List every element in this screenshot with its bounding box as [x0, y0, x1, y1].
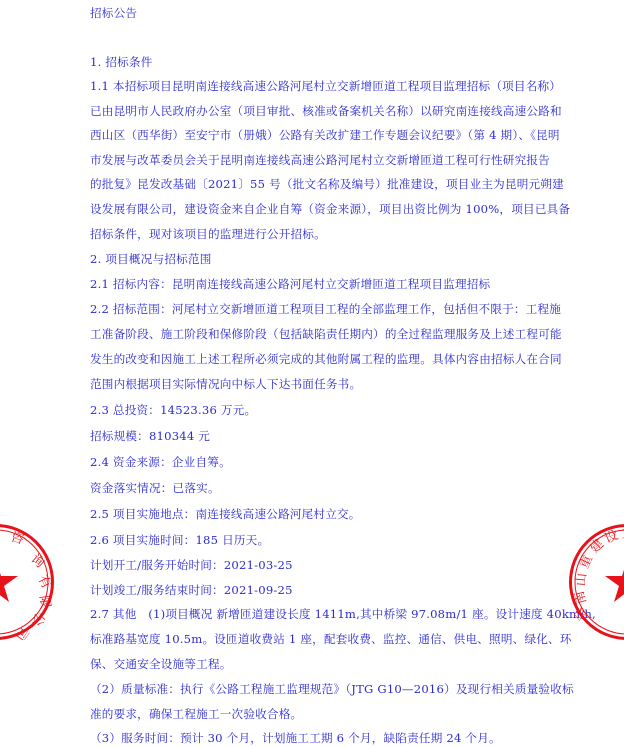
seal-star-icon: 云 南 山 重 建 设 工 — [569, 524, 624, 640]
svg-text:工: 工 — [620, 526, 624, 542]
svg-text:有: 有 — [34, 573, 53, 592]
document-line: 2.3 总投资：14523.36 万元。 — [90, 403, 256, 417]
svg-text:重: 重 — [577, 553, 596, 571]
document-line: 保、交通安全设施等工程。 — [90, 657, 232, 671]
document-line: 2.7 其他 (1)项目概况 新增匝道建设长度 1411m,其中桥梁 97.08… — [90, 607, 596, 621]
seal-star-icon: 询 有 限 公 司 咨 — [0, 524, 54, 640]
document-line: 资金落实情况：已落实。 — [90, 481, 220, 495]
document-line: （2）质量标准：执行《公路工程施工监理规范》（JTG G10—2016）及现行相… — [90, 682, 574, 696]
document-line: 2.2 招标范围：河尾村立交新增匝道工程项目工程的全部监理工作，包括但不限于：工… — [90, 302, 561, 316]
document-line: 发生的改变和因施工上述工程所必须完成的其他附属工程的监理。具体内容由招标人在合同 — [90, 352, 562, 366]
document-line: 标准路基宽度 10.5m。设匝道收费站 1 座，配套收费、监控、通信、供电、照明… — [90, 632, 572, 646]
document-line: 计划竣工/服务结束时间：2021-09-25 — [90, 583, 293, 597]
document-line: 工准备阶段、施工阶段和保修阶段（包括缺陷责任期内）的全过程监理服务及上述工程可能 — [90, 327, 562, 341]
document-line: 准的要求，确保工程施工一次验收合格。 — [90, 707, 302, 721]
document-line: 西山区（西华街）至安宁市（册娥）公路有关改扩建工作专题会议纪要》（第 4 期）、… — [90, 128, 560, 142]
document-line: 招标规模：810344 元 — [90, 429, 210, 443]
document-line: 市发展与改革委员会关于昆明南连接线高速公路河尾村立交新增匝道工程可行性研究报告 — [90, 153, 550, 167]
svg-text:建: 建 — [587, 536, 608, 557]
document-line: 2.4 资金来源：企业自筹。 — [90, 455, 231, 469]
svg-text:南: 南 — [571, 589, 590, 606]
svg-text:司: 司 — [11, 624, 31, 640]
document-line: 招标条件，现对该项目的监理进行公开招标。 — [90, 227, 326, 241]
document-line: 2.6 项目实施时间：185 日历天。 — [90, 533, 269, 547]
company-seal-right: 云 南 山 重 建 设 工 — [569, 524, 624, 640]
svg-text:询: 询 — [27, 552, 47, 572]
document-line: （3）服务时间：预计 30 个月，计划施工工期 6 个月，缺陷责任期 24 个月… — [90, 731, 501, 745]
document-line: 设发展有限公司，建设资金来自企业自筹（资金来源），项目出资比例为 100%，项目… — [90, 202, 570, 216]
document-line: 2.1 招标内容：昆明南连接线高速公路河尾村立交新增匝道工程项目监理招标 — [90, 277, 490, 291]
svg-text:山: 山 — [574, 572, 590, 586]
document-title: 招标公告 — [90, 6, 137, 20]
document-line: 2.5 项目实施地点：南连接线高速公路河尾村立交。 — [90, 507, 361, 521]
svg-text:限: 限 — [36, 594, 53, 609]
document-line: 计划开工/服务开始时间：2021-03-25 — [90, 558, 293, 572]
document-line: 1.1 本招标项目昆明南连接线高速公路河尾村立交新增匝道工程项目监理招标（项目名… — [90, 79, 561, 93]
document-line: 1. 招标条件 — [90, 55, 153, 69]
document-line: 2. 项目概况与招标范围 — [90, 252, 212, 266]
company-seal-left: 询 有 限 公 司 咨 — [0, 524, 54, 640]
svg-text:云: 云 — [572, 604, 592, 624]
document-line: 范围内根据项目实际情况向中标人下达书面任务书。 — [90, 377, 361, 391]
document-line: 已由昆明市人民政府办公室（项目审批、核准或备案机关名称）以研究南连接线高速公路和 — [90, 104, 562, 118]
document-line: 的批复》昆发改基础〔2021〕55 号（批文名称及编号）批准建设，项目业主为昆明… — [90, 177, 564, 191]
svg-text:公: 公 — [29, 611, 47, 627]
